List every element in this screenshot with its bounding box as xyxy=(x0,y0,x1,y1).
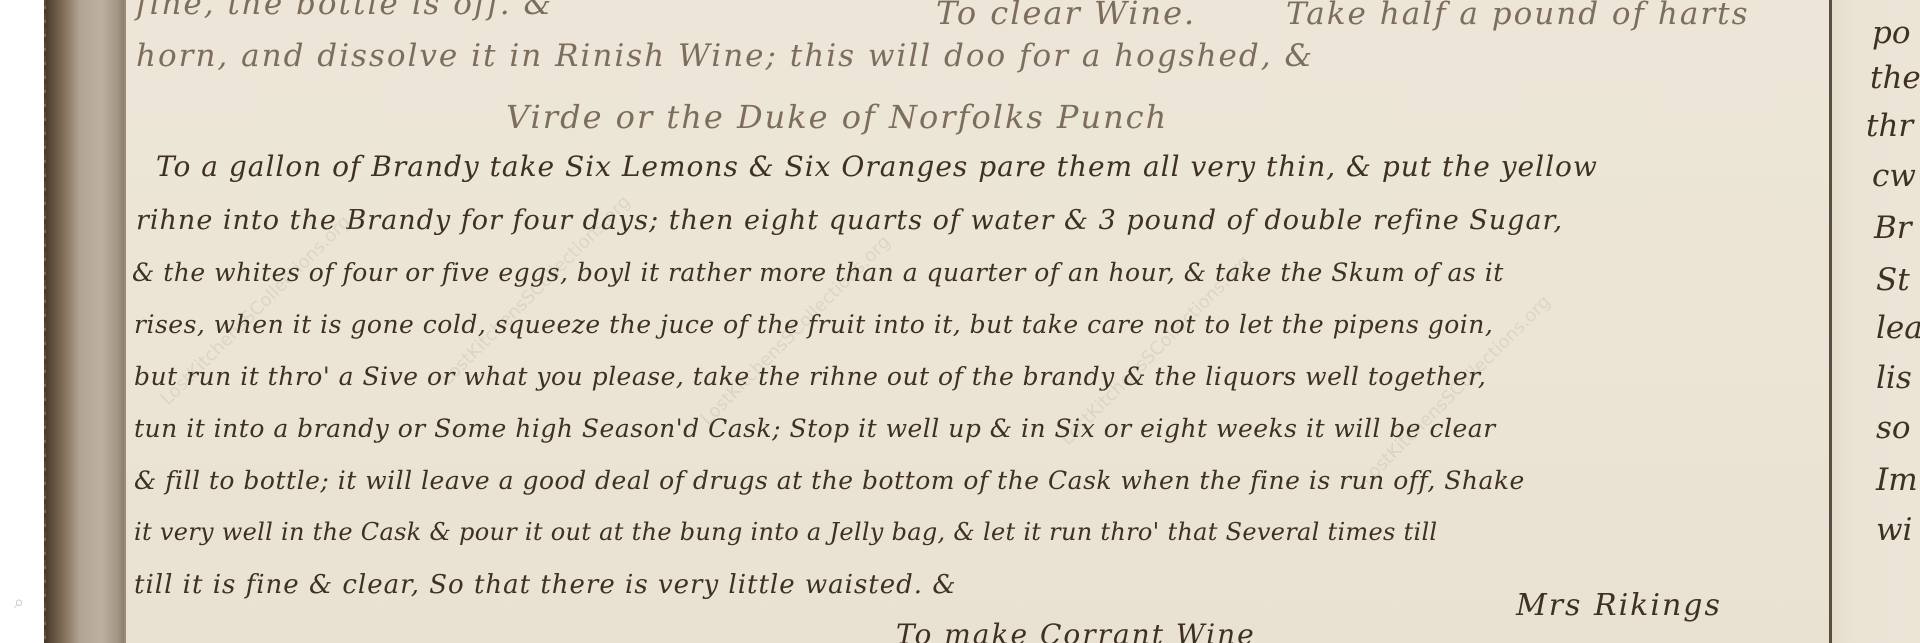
manuscript-line: & the whites of four or five eggs, boyl … xyxy=(132,258,1504,287)
next-recipe-heading: To make Corrant Wine xyxy=(896,618,1256,643)
fragment: St xyxy=(1876,262,1910,298)
manuscript-line: tun it into a brandy or Some high Season… xyxy=(134,414,1496,443)
fragment: po xyxy=(1872,15,1911,51)
manuscript-line: horn, and dissolve it in Rinish Wine; th… xyxy=(136,38,1314,74)
manuscript-line: till it is fine & clear, So that there i… xyxy=(134,570,956,600)
manuscript-line: Take half a pound of harts xyxy=(1286,0,1750,32)
manuscript-line: it very well in the Cask & pour it out a… xyxy=(134,518,1437,546)
fragment: lis xyxy=(1876,360,1912,396)
fragment: lea xyxy=(1876,310,1920,346)
manuscript-line: To a gallon of Brandy take Six Lemons & … xyxy=(156,150,1598,183)
recipe-title: Virde or the Duke of Norfolks Punch xyxy=(506,98,1168,136)
fragment: thr xyxy=(1866,108,1913,144)
fragment: the xyxy=(1870,60,1920,96)
manuscript-line: rihne into the Brandy for four days; the… xyxy=(136,205,1563,236)
right-manuscript-page: po the thr cw Br St lea lis so Im wi xyxy=(1829,0,1920,643)
ruler-icon: ⌕ xyxy=(14,592,36,614)
manuscript-line: but run it thro' a Sive or what you plea… xyxy=(134,362,1486,391)
signature: Mrs Rikings xyxy=(1516,588,1722,623)
heading-clear-wine: To clear Wine. xyxy=(936,0,1196,32)
fragment: cw xyxy=(1872,158,1916,194)
fragment: wi xyxy=(1876,512,1912,548)
left-manuscript-page: LostKitchensSCollections.org LostKitchen… xyxy=(124,0,1829,643)
manuscript-line: & fill to bottle; it will leave a good d… xyxy=(134,466,1525,495)
book-binding xyxy=(46,0,124,643)
manuscript-line: rises, when it is gone cold, squeeze the… xyxy=(134,310,1493,339)
fragment: Im xyxy=(1876,462,1918,498)
manuscript-line: fine, the bottle is off. & xyxy=(136,0,553,22)
fragment: so xyxy=(1876,410,1911,446)
fragment: Br xyxy=(1874,210,1912,246)
